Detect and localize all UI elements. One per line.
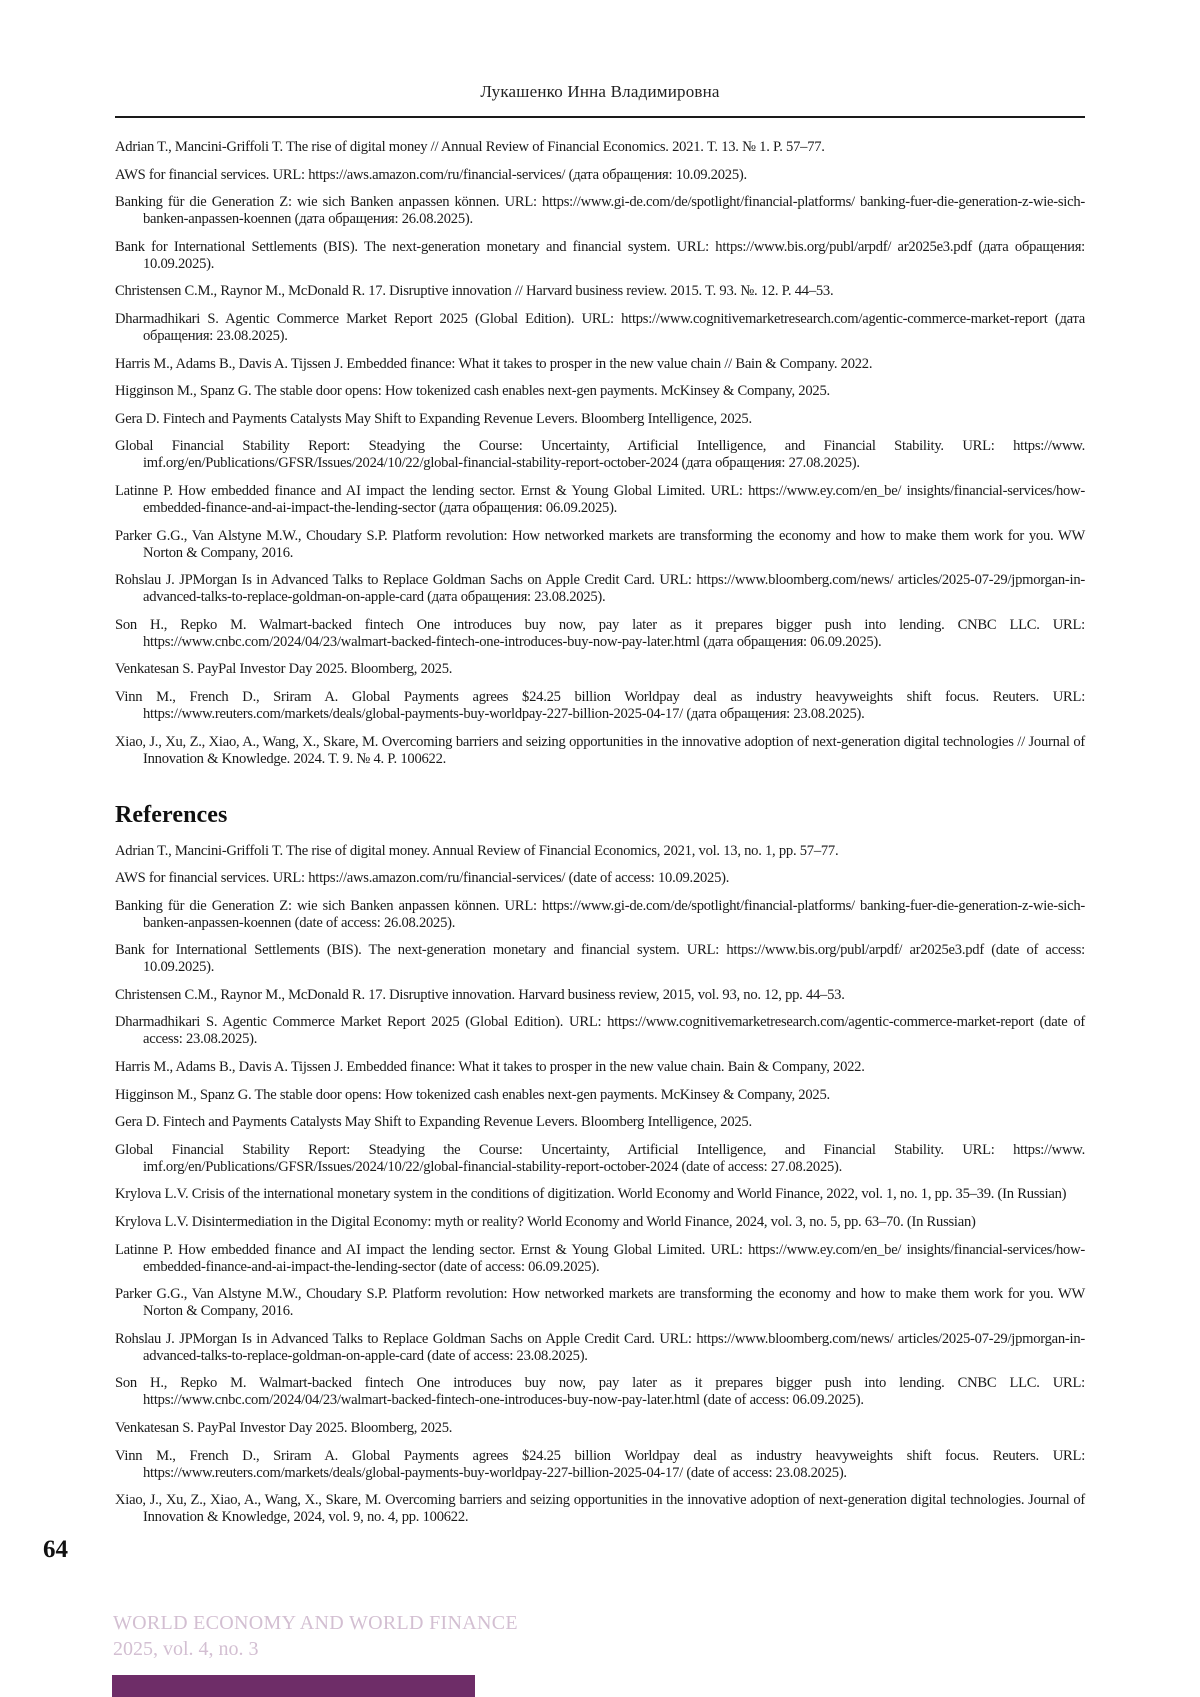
references-heading: References (115, 802, 1085, 829)
reference-item: Higginson M., Spanz G. The stable door o… (115, 383, 1085, 400)
journal-issue: 2025, vol. 4, no. 3 (113, 1636, 518, 1662)
reference-item: Gera D. Fintech and Payments Catalysts M… (115, 411, 1085, 428)
reference-item: Parker G.G., Van Alstyne M.W., Choudary … (115, 528, 1085, 562)
english-reference-list: Adrian T., Mancini-Griffoli T. The rise … (115, 843, 1085, 1527)
reference-item: Latinne P. How embedded finance and AI i… (115, 483, 1085, 517)
reference-item: Rohslau J. JPMorgan Is in Advanced Talks… (115, 572, 1085, 606)
reference-item: Christensen C.M., Raynor M., McDonald R.… (115, 283, 1085, 300)
reference-item: Banking für die Generation Z: wie sich B… (115, 898, 1085, 932)
reference-item: Vinn M., French D., Sriram A. Global Pay… (115, 1448, 1085, 1482)
page-number: 64 (43, 1536, 68, 1564)
reference-item: Venkatesan S. PayPal Investor Day 2025. … (115, 661, 1085, 678)
reference-item: Son H., Repko M. Walmart-backed fintech … (115, 1375, 1085, 1409)
reference-item: Bank for International Settlements (BIS)… (115, 239, 1085, 273)
reference-item: Parker G.G., Van Alstyne M.W., Choudary … (115, 1286, 1085, 1320)
reference-item: Dharmadhikari S. Agentic Commerce Market… (115, 1014, 1085, 1048)
reference-item: AWS for financial services. URL: https:/… (115, 167, 1085, 184)
reference-item: Bank for International Settlements (BIS)… (115, 942, 1085, 976)
reference-item: Latinne P. How embedded finance and AI i… (115, 1242, 1085, 1276)
reference-item: Christensen C.M., Raynor M., McDonald R.… (115, 987, 1085, 1004)
footer-accent-bar (112, 1675, 475, 1697)
reference-item: Gera D. Fintech and Payments Catalysts M… (115, 1114, 1085, 1131)
header-rule (115, 116, 1085, 118)
reference-item: Dharmadhikari S. Agentic Commerce Market… (115, 311, 1085, 345)
reference-item: Krylova L.V. Crisis of the international… (115, 1186, 1085, 1203)
page-content: Adrian T., Mancini-Griffoli T. The rise … (115, 139, 1085, 1537)
reference-item: Vinn M., French D., Sriram A. Global Pay… (115, 689, 1085, 723)
reference-item: AWS for financial services. URL: https:/… (115, 870, 1085, 887)
reference-item: Global Financial Stability Report: Stead… (115, 438, 1085, 472)
reference-item: Adrian T., Mancini-Griffoli T. The rise … (115, 139, 1085, 156)
journal-footer: WORLD ECONOMY AND WORLD FINANCE 2025, vo… (113, 1610, 518, 1662)
reference-item: Krylova L.V. Disintermediation in the Di… (115, 1214, 1085, 1231)
reference-item: Harris M., Adams B., Davis A. Tijssen J.… (115, 1059, 1085, 1076)
reference-item: Rohslau J. JPMorgan Is in Advanced Talks… (115, 1331, 1085, 1365)
reference-item: Global Financial Stability Report: Stead… (115, 1142, 1085, 1176)
russian-reference-list: Adrian T., Mancini-Griffoli T. The rise … (115, 139, 1085, 768)
reference-item: Harris M., Adams B., Davis A. Tijssen J.… (115, 356, 1085, 373)
running-head: Лукашенко Инна Владимировна (115, 82, 1085, 102)
journal-title: WORLD ECONOMY AND WORLD FINANCE (113, 1610, 518, 1636)
reference-item: Xiao, J., Xu, Z., Xiao, A., Wang, X., Sk… (115, 1492, 1085, 1526)
reference-item: Xiao, J., Xu, Z., Xiao, A., Wang, X., Sk… (115, 734, 1085, 768)
reference-item: Son H., Repko M. Walmart-backed fintech … (115, 617, 1085, 651)
reference-item: Higginson M., Spanz G. The stable door o… (115, 1087, 1085, 1104)
reference-item: Venkatesan S. PayPal Investor Day 2025. … (115, 1420, 1085, 1437)
reference-item: Adrian T., Mancini-Griffoli T. The rise … (115, 843, 1085, 860)
reference-item: Banking für die Generation Z: wie sich B… (115, 194, 1085, 228)
